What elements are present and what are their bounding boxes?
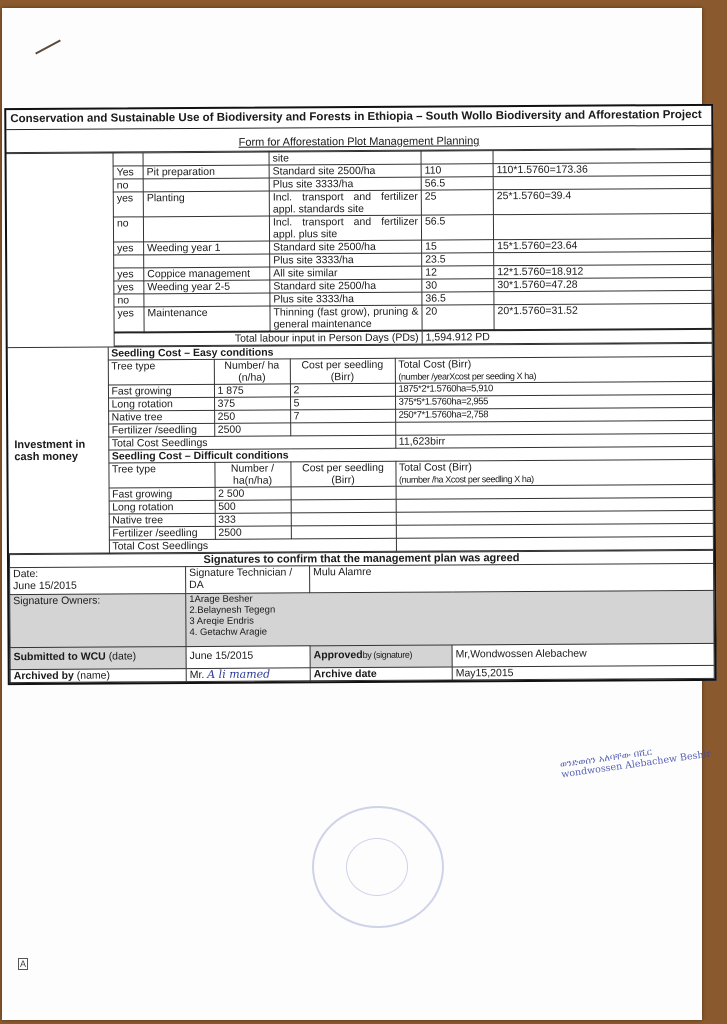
site-cell: Standard site 2500/ha <box>270 240 422 254</box>
owner-name: 4. Getachw Aragie <box>189 624 710 638</box>
calculation-cell <box>494 290 712 304</box>
person-days-cell: 36.5 <box>422 292 494 305</box>
activity-cell: Coppice management <box>144 267 270 281</box>
labour-section: siteYesPit preparationStandard site 2500… <box>7 149 713 333</box>
selected-cell: no <box>113 179 143 192</box>
activity-cell: Weeding year 1 <box>144 241 270 255</box>
number-cell: 2 500 <box>215 487 291 500</box>
header-total: Total Cost (Birr)(number /yearXcost per … <box>395 356 713 383</box>
investment-table: Investment in cash moneySeedling Cost – … <box>8 343 714 554</box>
site-cell: Standard site 2500/ha <box>270 279 422 293</box>
header-cost: Cost per seedling (Birr) <box>290 461 395 487</box>
number-cell: 333 <box>215 513 291 526</box>
site-cell: Plus site 3333/ha <box>270 253 422 267</box>
cost-cell <box>291 486 396 500</box>
number-cell: 500 <box>215 500 291 513</box>
person-days-cell: 23.5 <box>422 253 494 266</box>
person-days-cell: 15 <box>422 240 494 253</box>
seal-emblem-icon <box>346 838 408 896</box>
approved-value: Mr,Wondwossen Alebachew <box>452 643 714 667</box>
tree-type-cell: Long rotation <box>109 500 215 514</box>
calculation-cell <box>493 175 711 189</box>
selected-cell <box>113 153 143 166</box>
site-cell: Plus site 3333/ha <box>269 177 421 191</box>
calculation-cell: 110*1.5760=173.36 <box>493 162 711 176</box>
site-cell: Incl. transport and fertilizer appl. plu… <box>269 215 421 241</box>
calculation-cell <box>493 213 711 239</box>
technician-name: Mulu Alamre <box>310 563 714 592</box>
activity-cell <box>144 254 270 268</box>
person-days-cell: 12 <box>422 266 494 279</box>
total-cost-label: Total Cost Seedlings <box>109 538 396 553</box>
date-label: Date: <box>13 567 182 580</box>
calculation-cell: 20*1.5760=31.52 <box>494 303 712 330</box>
total-cost-value <box>396 536 714 551</box>
submitted-value: June 15/2015 <box>186 646 310 669</box>
selected-cell: no <box>113 217 143 242</box>
header-total: Total Cost (Birr)(number /ha Xcost per s… <box>395 459 713 486</box>
main-table: siteYesPit preparationStandard site 2500… <box>7 149 713 347</box>
site-cell: Thinning (fast grow), pruning & general … <box>270 305 422 331</box>
date-value: June 15/2015 <box>13 579 182 592</box>
date-cell: Date: June 15/2015 <box>10 567 186 595</box>
activity-cell <box>143 178 269 192</box>
labour-total-label: Total labour input in Person Days (PDs) <box>114 331 422 346</box>
header-number: Number / ha(n/ha) <box>214 462 290 487</box>
site-cell: All site similar <box>270 266 422 280</box>
archived-label: Archived by (name) <box>10 669 186 683</box>
header-cost: Cost per seedling (Birr) <box>290 358 395 384</box>
selected-cell: yes <box>113 192 143 217</box>
header-tree-type: Tree type <box>108 359 214 385</box>
tree-type-cell: Native tree <box>108 410 214 424</box>
site-cell: Plus site 3333/ha <box>270 292 422 306</box>
cost-cell: 2 <box>290 383 395 397</box>
person-days-cell: 110 <box>421 164 493 177</box>
person-days-cell: 25 <box>421 190 493 215</box>
person-days-cell: 20 <box>422 305 494 331</box>
tree-type-cell: Fast growing <box>109 487 215 501</box>
tree-type-cell: Native tree <box>109 513 215 527</box>
investment-label: Investment in cash money <box>8 347 109 554</box>
calculation-cell: 15*1.5760=23.64 <box>494 238 712 252</box>
signatures-table: Signatures to confirm that the managemen… <box>9 550 715 683</box>
person-days-cell: 56.5 <box>421 215 493 240</box>
tree-type-cell: Long rotation <box>108 397 214 411</box>
calculation-cell <box>494 251 712 265</box>
person-days-cell <box>421 151 493 164</box>
calculation-cell: 12*1.5760=18.912 <box>494 264 712 278</box>
selected-cell: yes <box>114 242 144 255</box>
number-cell: 1 875 <box>214 384 290 397</box>
cost-cell <box>291 499 396 513</box>
selected-cell: no <box>114 294 144 307</box>
cost-cell <box>290 422 395 436</box>
activity-cell: Planting <box>143 191 269 217</box>
official-seal-icon <box>312 806 444 928</box>
tree-type-cell: Fertilizer /seedling <box>109 526 215 540</box>
number-cell: 2500 <box>214 423 290 436</box>
site-cell: Standard site 2500/ha <box>269 164 421 178</box>
submitted-label: Submitted to WCU (date) <box>10 647 186 670</box>
cost-cell: 7 <box>290 409 395 423</box>
activity-cell <box>144 293 270 307</box>
margin-letter: A <box>18 958 28 970</box>
selected-cell: Yes <box>113 166 143 179</box>
cost-cell <box>291 525 396 539</box>
calculation-cell: 30*1.5760=47.28 <box>494 277 712 291</box>
archived-value: Mr. A li mamed <box>186 668 310 682</box>
activity-cell <box>143 152 269 166</box>
person-days-cell: 56.5 <box>421 177 493 190</box>
labour-total-value: 1,594.912 PD <box>422 329 712 344</box>
technician-label: Signature Technician / DA <box>186 566 310 594</box>
site-cell: site <box>269 151 421 165</box>
owners-label: Signature Owners: <box>10 594 186 648</box>
cost-cell: 5 <box>290 396 395 410</box>
labour-left-margin <box>7 153 115 333</box>
tree-type-cell: Fertilizer /seedling <box>108 423 214 437</box>
activity-cell: Maintenance <box>144 306 270 332</box>
number-cell: 250 <box>214 410 290 423</box>
afforestation-form: Conservation and Sustainable Use of Biod… <box>4 104 717 685</box>
approved-label: Approvedby (signature) <box>310 645 452 668</box>
person-days-cell: 30 <box>422 279 494 292</box>
header-number: Number/ ha (n/ha) <box>214 359 290 384</box>
selected-cell: yes <box>114 281 144 294</box>
activity-cell: Pit preparation <box>143 165 269 179</box>
activity-cell <box>143 216 269 242</box>
header-tree-type: Tree type <box>108 462 214 488</box>
number-cell: 375 <box>214 397 290 410</box>
cost-cell <box>291 512 396 526</box>
site-cell: Incl. transport and fertilizer appl. sta… <box>269 190 421 216</box>
pen-mark <box>35 40 61 55</box>
selected-cell: yes <box>114 268 144 281</box>
archive-date-label: Archive date <box>310 667 452 681</box>
calculation-cell: 25*1.5760=39.4 <box>493 188 711 214</box>
number-cell: 2500 <box>215 526 291 539</box>
archive-date-value: May15,2015 <box>452 665 714 680</box>
tree-type-cell: Fast growing <box>108 384 214 398</box>
calculation-cell <box>493 149 711 163</box>
selected-cell: yes <box>114 307 144 333</box>
selected-cell <box>114 255 144 268</box>
archived-signature: A li mamed <box>207 668 270 681</box>
activity-cell: Weeding year 2-5 <box>144 280 270 294</box>
owners-list: 1Arage Besher2.Belaynesh Tegegn3 Areqie … <box>186 590 714 646</box>
